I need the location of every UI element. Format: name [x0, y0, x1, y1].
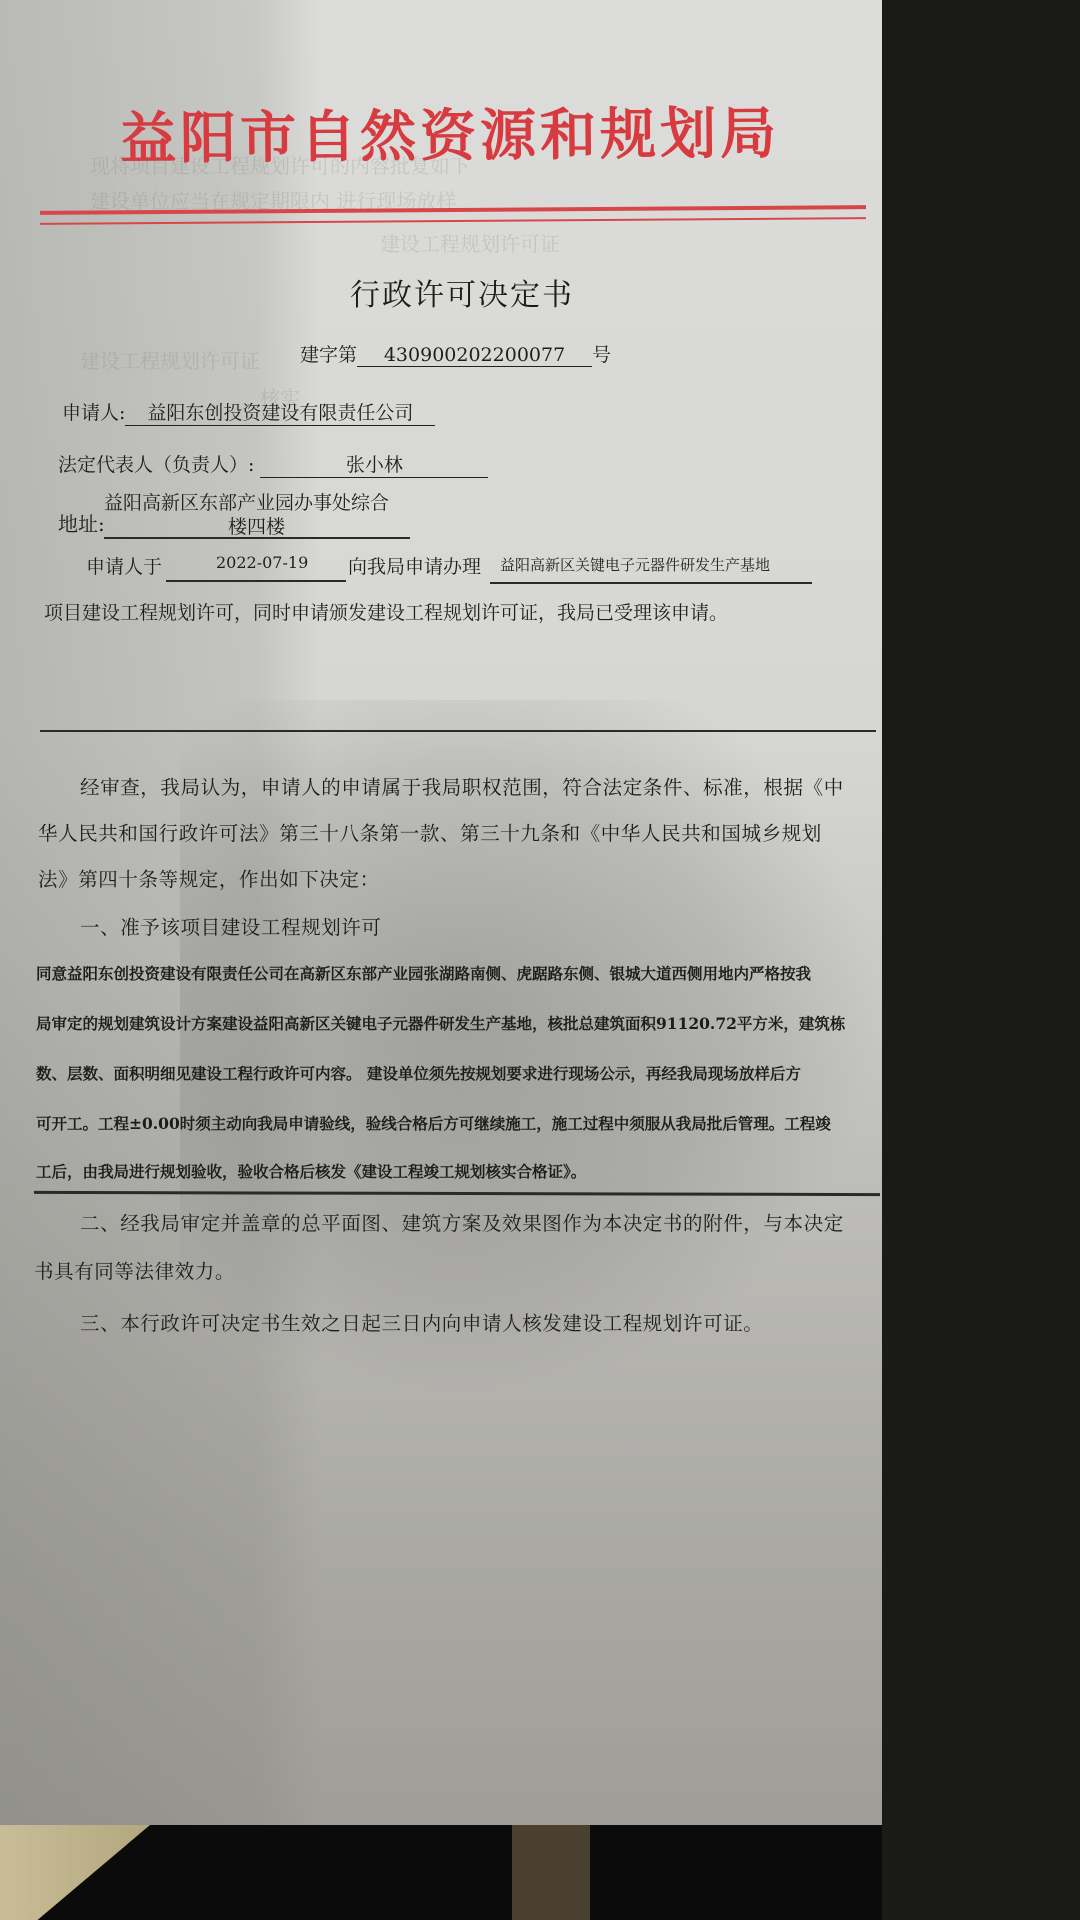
item1-line: 数、层数、面积明细见建设工程行政许可内容。 建设单位须先按规划要求进行现场公示，… [36, 1062, 801, 1084]
number-suffix: 号 [592, 344, 611, 366]
project-name: 益阳高新区关键电子元器件研发生产基地 [500, 554, 770, 575]
project-underline [490, 582, 812, 584]
section-divider [40, 730, 876, 732]
address-line-1: 益阳高新区东部产业园办事处综合 [104, 488, 389, 515]
legal-rep-label: 法定代表人（负责人）: [58, 454, 254, 476]
legal-rep-row: 法定代表人（负责人）:张小林 [58, 450, 488, 478]
background-surface [0, 1825, 150, 1920]
document-title: 行政许可决定书 [350, 270, 574, 314]
item1-line: 同意益阳东创投资建设有限责任公司在高新区东部产业园张湖路南侧、虎踞路东侧、银城大… [36, 962, 811, 984]
item2-line: 二、经我局审定并盖章的总平面图、建筑方案及效果图作为本决定书的附件，与本决定 [80, 1208, 844, 1236]
bleed-through-text: 建设工程规划许可证 [380, 228, 560, 257]
item1-line: 可开工。工程±0.00时须主动向我局申请验线，验线合格后方可继续施工，施工过程中… [36, 1112, 831, 1134]
address-underline [104, 537, 410, 539]
apply-mid: 向我局申请办理 [348, 552, 481, 579]
item3-line: 三、本行政许可决定书生效之日起三日内向申请人核发建设工程规划许可证。 [80, 1308, 763, 1336]
legal-rep-name: 张小林 [260, 450, 488, 478]
background-floor [0, 1825, 882, 1920]
decision-intro-line: 经审查，我局认为，申请人的申请属于我局职权范围，符合法定条件、标准，根据《中 [80, 772, 844, 800]
item1-line: 局审定的规划建筑设计方案建设益阳高新区关键电子元器件研发生产基地，核批总建筑面积… [36, 1012, 845, 1034]
applicant-label: 申请人: [62, 402, 125, 424]
address-line-2: 楼四楼 [228, 512, 285, 539]
applicant-name: 益阳东创投资建设有限责任公司 [125, 398, 435, 426]
bleed-through-text: 建设工程规划许可证 [80, 345, 260, 374]
document-number: 430900202200077 [357, 344, 592, 367]
applicant-row: 申请人:益阳东创投资建设有限责任公司 [62, 398, 435, 426]
document-number-row: 建字第430900202200077号 [300, 340, 611, 367]
agency-letterhead: 益阳市自然资源和规划局 [120, 89, 821, 175]
decision-intro-line: 华人民共和国行政许可法》第三十八条第一款、第三十九条和《中华人民共和国城乡规划 [38, 818, 822, 846]
apply-date: 2022-07-19 [216, 553, 308, 572]
apply-tail: 项目建设工程规划许可，同时申请颁发建设工程规划许可证，我局已受理该申请。 [44, 598, 728, 625]
decision-intro-line: 法》第四十条等规定，作出如下决定： [38, 864, 380, 892]
number-prefix: 建字第 [300, 344, 357, 366]
apply-prefix: 申请人于 [86, 552, 162, 579]
address-label: 地址: [58, 508, 105, 537]
item1-heading: 一、准予该项目建设工程规划许可 [80, 912, 382, 940]
apply-date-underline [166, 580, 346, 582]
item2-line: 书具有同等法律效力。 [34, 1256, 235, 1284]
item1-line: 工后，由我局进行规划验收，验收合格后核发《建设工程竣工规划核实合格证》。 [36, 1160, 586, 1182]
background-surface [512, 1825, 590, 1920]
